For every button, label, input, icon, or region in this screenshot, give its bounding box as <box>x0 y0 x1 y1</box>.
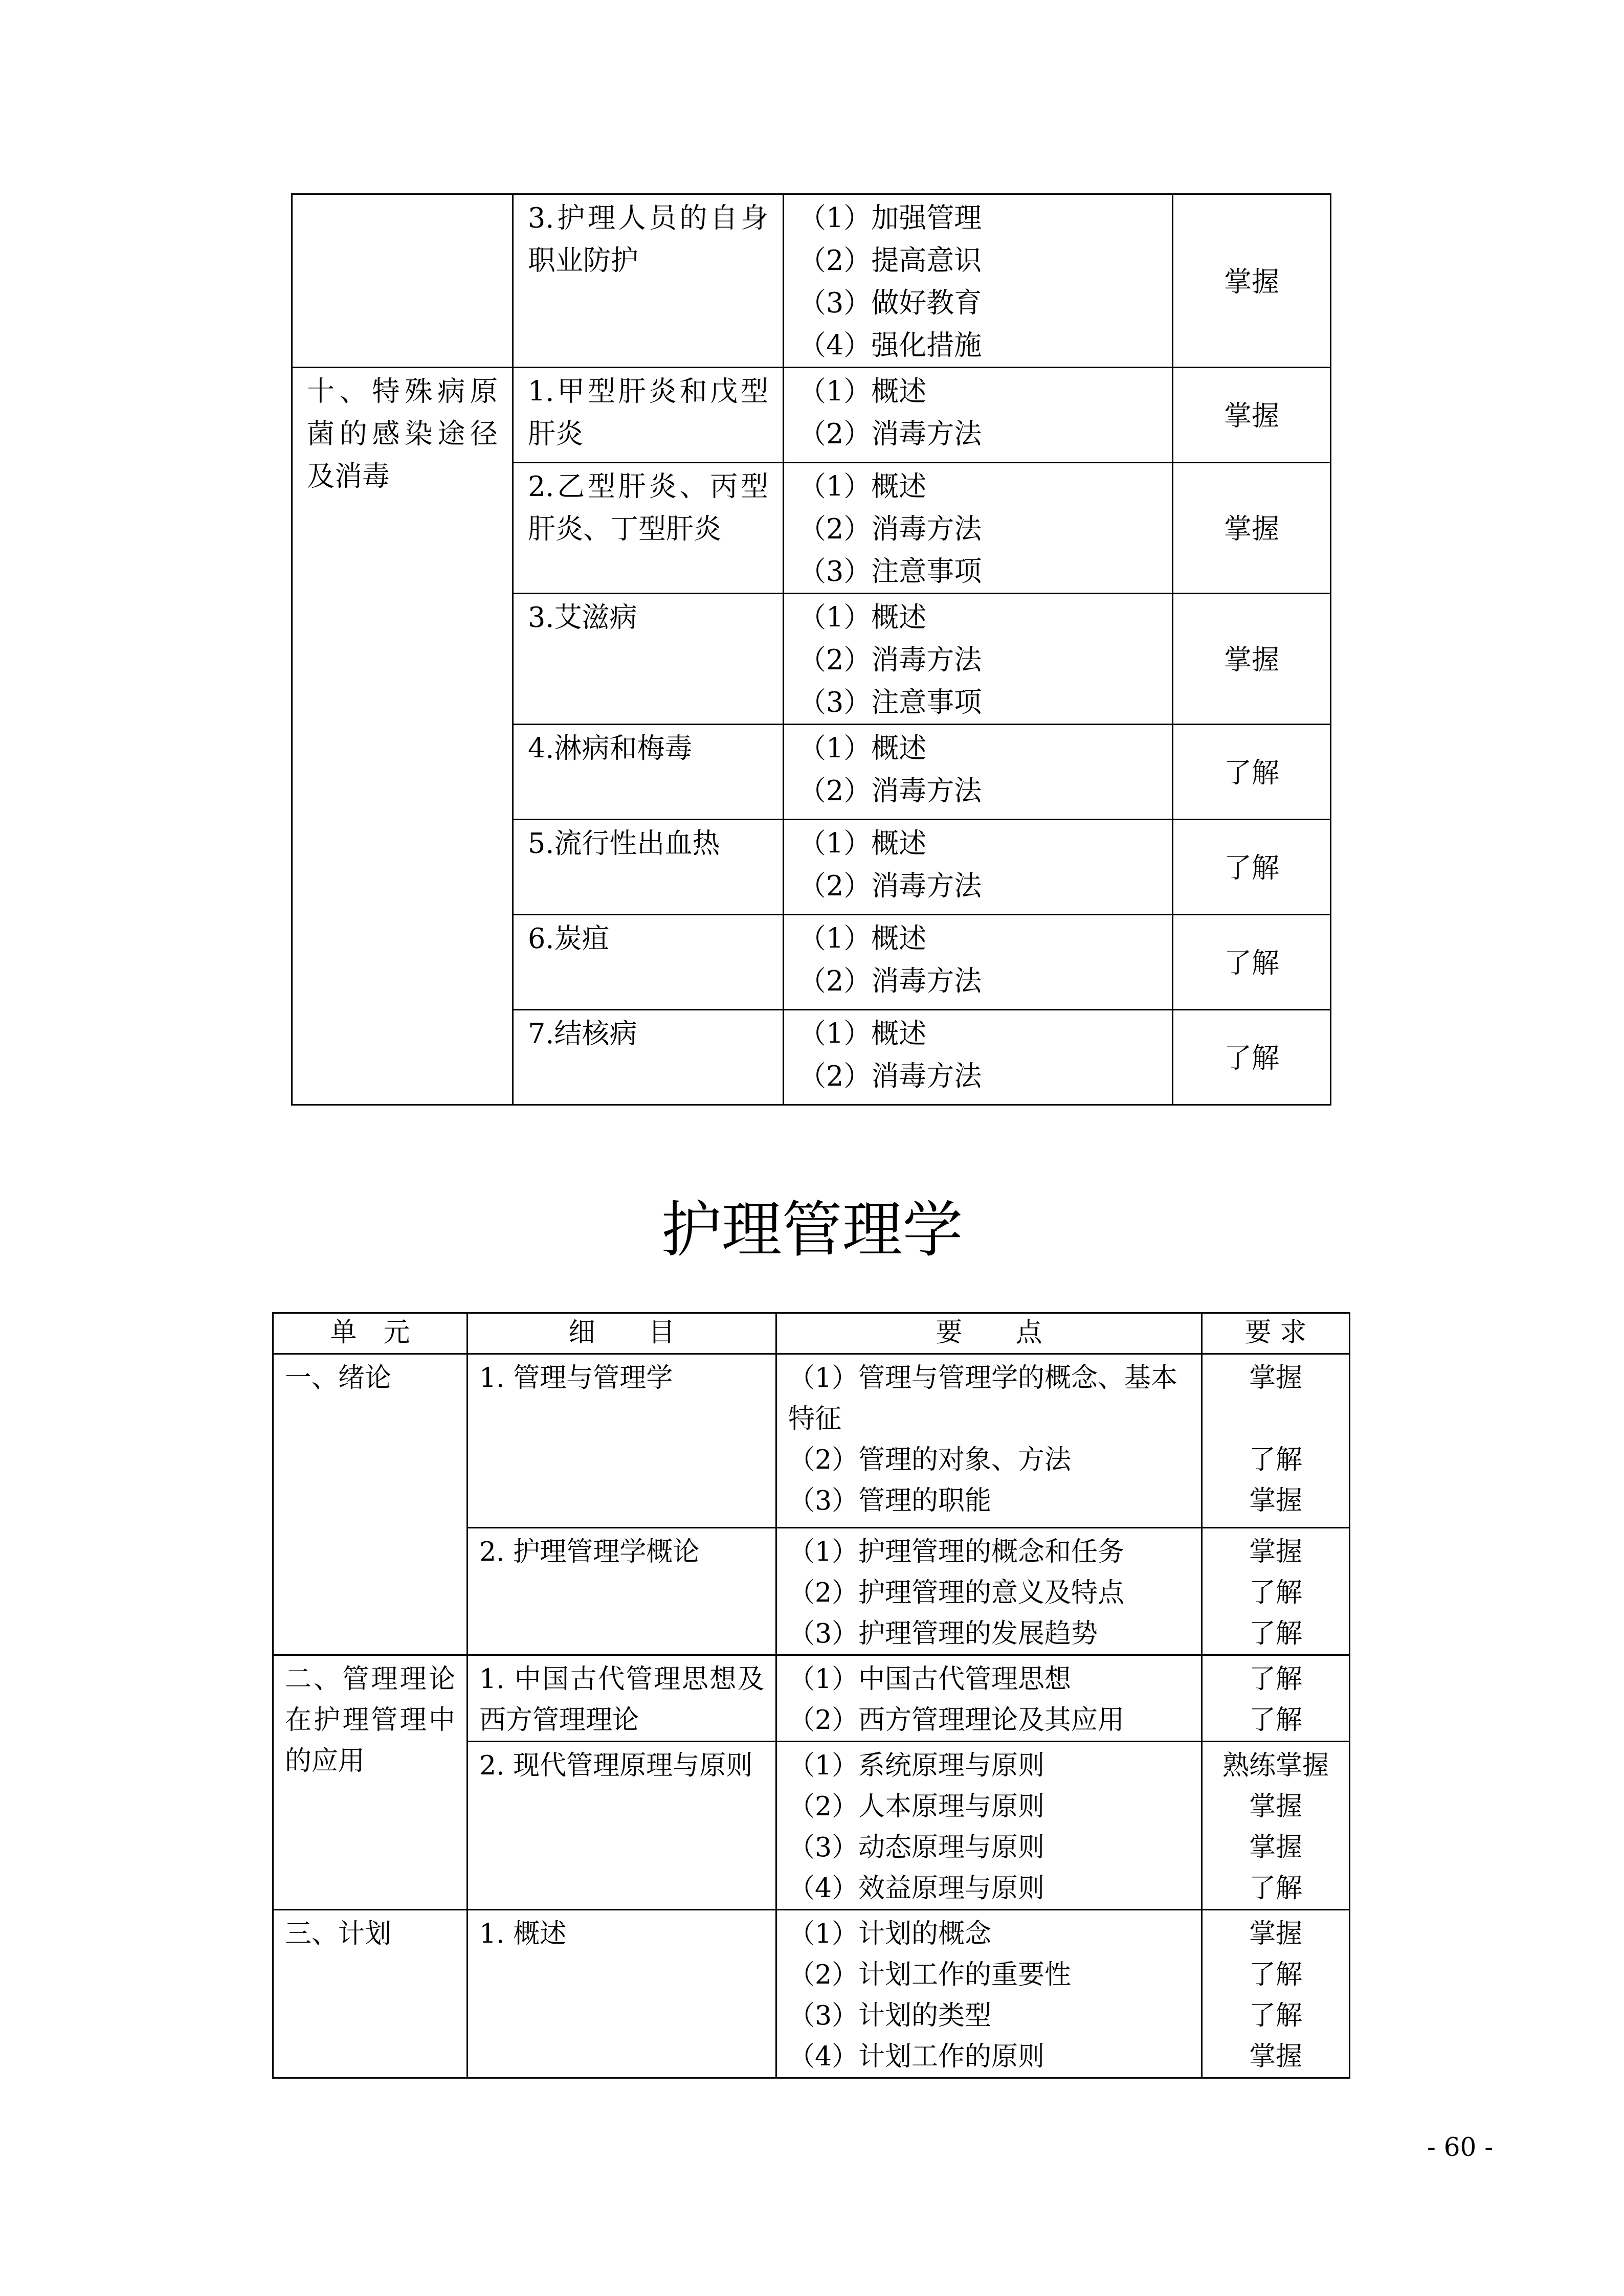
requirement: 掌握 <box>1214 1480 1338 1521</box>
point: （2）西方管理理论及其应用 <box>788 1700 1190 1741</box>
points-cell: （1）概述 （2）消毒方法 <box>784 1010 1173 1105</box>
requirement: 掌握 <box>1214 1786 1338 1827</box>
point: （4）效益原理与原则 <box>788 1868 1190 1909</box>
item-cell: 1. 中国古代管理思想及西方管理理论 <box>468 1655 776 1742</box>
requirement-cell: 了解 <box>1173 820 1331 915</box>
requirement: 了解 <box>1214 1439 1338 1480</box>
item-cell: 2.乙型肝炎、丙型肝炎、丁型肝炎 <box>513 463 784 594</box>
point: （2）消毒方法 <box>798 508 1158 550</box>
points-cell: （1）概述 （2）消毒方法 <box>784 725 1173 820</box>
point: （4）计划工作的原则 <box>788 2036 1190 2077</box>
requirement: 掌握 <box>1214 1532 1338 1572</box>
requirement: 了解 <box>1214 1613 1338 1654</box>
points-cell: （1）系统原理与原则 （2）人本原理与原则 （3）动态原理与原则 （4）效益原理… <box>776 1742 1202 1910</box>
point: （2）消毒方法 <box>798 1055 1158 1097</box>
point: （2）消毒方法 <box>798 865 1158 907</box>
point: （4）强化措施 <box>798 324 1158 367</box>
requirement-cell: 了解 <box>1173 915 1331 1010</box>
point: （1）概述 <box>798 727 1158 770</box>
requirement-cell: 了解 <box>1173 725 1331 820</box>
points-cell: （1）概述 （2）消毒方法 <box>784 915 1173 1010</box>
item-cell: 4.淋病和梅毒 <box>513 725 784 820</box>
requirement: 了解 <box>1214 1868 1338 1909</box>
page-number: - 60 - <box>1427 2132 1493 2162</box>
requirement: 了解 <box>1214 1572 1338 1613</box>
point: （1）护理管理的概念和任务 <box>788 1532 1190 1572</box>
table-row: 一、绪论 1. 管理与管理学 （1）管理与管理学的概念、基本特征 （2）管理的对… <box>273 1354 1350 1528</box>
requirement: 掌握 <box>1214 1914 1338 1954</box>
item-cell: 3.艾滋病 <box>513 594 784 725</box>
point: （3）护理管理的发展趋势 <box>788 1613 1190 1654</box>
point: （1）概述 <box>798 1012 1158 1055</box>
point: （1）概述 <box>798 596 1158 639</box>
points-cell: （1）概述 （2）消毒方法 （3）注意事项 <box>784 594 1173 725</box>
nursing-management-syllabus-table: 单 元 细 目 要 点 要 求 一、绪论 1. 管理与管理学 （1）管理与管理学… <box>272 1312 1350 2079</box>
header-item: 细 目 <box>468 1313 776 1354</box>
point: （1）概述 <box>798 465 1158 508</box>
points-cell: （1）中国古代管理思想 （2）西方管理理论及其应用 <box>776 1655 1202 1742</box>
header-unit: 单 元 <box>273 1313 468 1354</box>
points-cell: （1）概述 （2）消毒方法 <box>784 820 1173 915</box>
points-cell: （1）计划的概念 （2）计划工作的重要性 （3）计划的类型 （4）计划工作的原则 <box>776 1910 1202 2078</box>
point: （2）计划工作的重要性 <box>788 1954 1190 1995</box>
header-requirement: 要 求 <box>1202 1313 1350 1354</box>
point: （1）中国古代管理思想 <box>788 1659 1190 1700</box>
requirement-cell: 掌握 了解 了解 <box>1202 1528 1350 1655</box>
point: （3）做好教育 <box>798 282 1158 324</box>
unit-cell: 三、计划 <box>273 1910 468 2078</box>
point: （1）概述 <box>798 822 1158 865</box>
point: （1）加强管理 <box>798 197 1158 239</box>
point: （3）注意事项 <box>798 550 1158 593</box>
point: （1）计划的概念 <box>788 1914 1190 1954</box>
requirement-cell: 掌握 <box>1173 594 1331 725</box>
point: （3）计划的类型 <box>788 1995 1190 2036</box>
point: （2）人本原理与原则 <box>788 1786 1190 1827</box>
point: （3）动态原理与原则 <box>788 1827 1190 1868</box>
requirement-cell: 熟练掌握 掌握 掌握 了解 <box>1202 1742 1350 1910</box>
table-row: 十、特殊病原菌的感染途径及消毒 1.甲型肝炎和戊型肝炎 （1）概述 （2）消毒方… <box>292 368 1331 463</box>
requirement-cell: 掌握 <box>1173 463 1331 594</box>
requirement-cell: 掌握 <box>1173 368 1331 463</box>
unit-cell: 十、特殊病原菌的感染途径及消毒 <box>292 368 513 1105</box>
section-title: 护理管理学 <box>0 1191 1624 1268</box>
item-cell: 1. 管理与管理学 <box>468 1354 776 1528</box>
point: （2）提高意识 <box>798 239 1158 282</box>
requirement: 了解 <box>1214 1700 1338 1741</box>
points-cell: （1）概述 （2）消毒方法 <box>784 368 1173 463</box>
point: （1）概述 <box>798 370 1158 413</box>
unit-cell: 一、绪论 <box>273 1354 468 1655</box>
requirement-cell: 掌握 <box>1173 194 1331 368</box>
table-row: 三、计划 1. 概述 （1）计划的概念 （2）计划工作的重要性 （3）计划的类型… <box>273 1910 1350 2078</box>
requirement: 了解 <box>1214 1954 1338 1995</box>
point: （2）消毒方法 <box>798 639 1158 681</box>
item-cell: 1.甲型肝炎和戊型肝炎 <box>513 368 784 463</box>
point: （2）管理的对象、方法 <box>788 1439 1190 1480</box>
requirement-cell: 掌握 了解 掌握 <box>1202 1354 1350 1528</box>
points-cell: （1）加强管理 （2）提高意识 （3）做好教育 （4）强化措施 <box>784 194 1173 368</box>
points-cell: （1）护理管理的概念和任务 （2）护理管理的意义及特点 （3）护理管理的发展趋势 <box>776 1528 1202 1655</box>
unit-cell <box>292 194 513 368</box>
point: （2）护理管理的意义及特点 <box>788 1572 1190 1613</box>
unit-cell: 二、管理理论在护理管理中的应用 <box>273 1655 468 1910</box>
item-cell: 2. 护理管理学概论 <box>468 1528 776 1655</box>
point: （3）管理的职能 <box>788 1480 1190 1521</box>
table-header-row: 单 元 细 目 要 点 要 求 <box>273 1313 1350 1354</box>
point: （2）消毒方法 <box>798 770 1158 812</box>
requirement: 了解 <box>1214 1659 1338 1700</box>
points-cell: （1）管理与管理学的概念、基本特征 （2）管理的对象、方法 （3）管理的职能 <box>776 1354 1202 1528</box>
table-row: 二、管理理论在护理管理中的应用 1. 中国古代管理思想及西方管理理论 （1）中国… <box>273 1655 1350 1742</box>
item-cell: 1. 概述 <box>468 1910 776 2078</box>
requirement: 掌握 <box>1214 1827 1338 1868</box>
item-cell: 2. 现代管理原理与原则 <box>468 1742 776 1910</box>
requirement: 了解 <box>1214 1995 1338 2036</box>
syllabus-table-continued: 3.护理人员的自身职业防护 （1）加强管理 （2）提高意识 （3）做好教育 （4… <box>291 193 1331 1106</box>
point: （1）系统原理与原则 <box>788 1745 1190 1786</box>
item-cell: 5.流行性出血热 <box>513 820 784 915</box>
item-cell: 6.炭疽 <box>513 915 784 1010</box>
requirement: 掌握 <box>1214 2036 1338 2077</box>
point: （2）消毒方法 <box>798 413 1158 455</box>
item-cell: 3.护理人员的自身职业防护 <box>513 194 784 368</box>
item-cell: 7.结核病 <box>513 1010 784 1105</box>
table-row: 3.护理人员的自身职业防护 （1）加强管理 （2）提高意识 （3）做好教育 （4… <box>292 194 1331 368</box>
requirement-cell: 掌握 了解 了解 掌握 <box>1202 1910 1350 2078</box>
point: （3）注意事项 <box>798 681 1158 724</box>
points-cell: （1）概述 （2）消毒方法 （3）注意事项 <box>784 463 1173 594</box>
point: （1）概述 <box>798 917 1158 960</box>
requirement-cell: 了解 <box>1173 1010 1331 1105</box>
header-points: 要 点 <box>776 1313 1202 1354</box>
requirement-cell: 了解 了解 <box>1202 1655 1350 1742</box>
point: （2）消毒方法 <box>798 960 1158 1002</box>
point: （1）管理与管理学的概念、基本特征 <box>788 1358 1190 1439</box>
requirement-spacer <box>1214 1399 1338 1439</box>
requirement: 熟练掌握 <box>1214 1745 1338 1786</box>
requirement: 掌握 <box>1214 1358 1338 1399</box>
